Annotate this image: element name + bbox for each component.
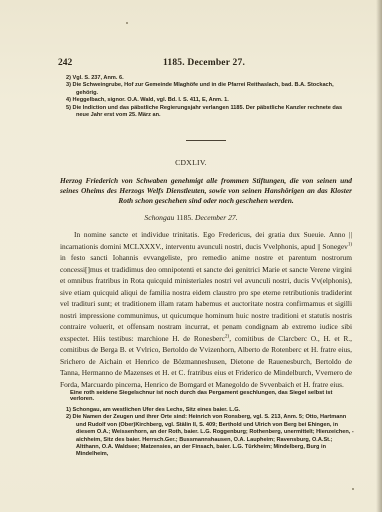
year: 1185. bbox=[176, 213, 193, 222]
footnote: 2) Vgl. S. 237, Anm. 6. bbox=[66, 75, 354, 82]
place: Schongau bbox=[144, 213, 174, 222]
charter-text: In nomine sancte et individue trinitatis… bbox=[60, 229, 352, 390]
footnotes-top: 2) Vgl. S. 237, Anm. 6. 3) Die Schweingr… bbox=[66, 75, 354, 119]
section-divider bbox=[186, 140, 226, 141]
footnote-ref-number: 1 bbox=[348, 242, 351, 247]
footnote-text: Die Schweingrube, Hof zur Gemeinde Mlagh… bbox=[73, 82, 334, 95]
date: December 27. bbox=[195, 213, 238, 222]
footnote-ref-number: 2 bbox=[225, 334, 228, 339]
footnote: 1) Schongau, am westlichen Ufer des Lech… bbox=[66, 407, 354, 414]
footnote-marker: 2) bbox=[66, 75, 71, 81]
page-header: 242 1185. December 27. bbox=[58, 58, 350, 70]
footnote-text: Heggelbach, signor. O.A. Wald, vgl. Bd. … bbox=[73, 97, 229, 103]
footnote-text: Die Indiction und das päbstliche Regieru… bbox=[73, 105, 343, 118]
footnote: 4) Heggelbach, signor. O.A. Wald, vgl. B… bbox=[66, 97, 354, 104]
seal-note: Eine roth seidene Siegelschnur ist noch … bbox=[70, 390, 352, 402]
scanned-page: 242 1185. December 27. 2) Vgl. S. 237, A… bbox=[0, 0, 382, 512]
footnote-text: Schongau, am westlichen Ufer des Lechs, … bbox=[73, 407, 241, 413]
footnote-text: Vgl. S. 237, Anm. 6. bbox=[73, 75, 124, 81]
footnote-marker: 3) bbox=[66, 82, 71, 88]
text-segment: In nomine sancte et individue trinitatis… bbox=[60, 230, 352, 251]
scan-speck bbox=[352, 488, 354, 490]
running-head: 1185. December 27. bbox=[58, 58, 350, 68]
footnote-text: Die Namen der Zeugen und ihrer Orte sind… bbox=[73, 414, 354, 457]
footnote-marker: 1) bbox=[66, 407, 71, 413]
footnotes-bottom: 1) Schongau, am westlichen Ufer des Lech… bbox=[66, 407, 354, 459]
footnote-ref: 1) bbox=[348, 242, 352, 247]
text-segment: in festo sancti Iohannis evvangeliste, p… bbox=[60, 253, 352, 343]
charter-paragraph: In nomine sancte et individue trinitatis… bbox=[60, 229, 352, 390]
footnote-marker: 5) bbox=[66, 105, 71, 111]
footnote: 5) Die Indiction und das päbstliche Regi… bbox=[66, 105, 354, 120]
footnote-marker: 4) bbox=[66, 97, 71, 103]
place-date: Schongau 1185. December 27. bbox=[0, 213, 382, 222]
footnote: 2) Die Namen der Zeugen und ihrer Orte s… bbox=[66, 414, 354, 458]
scan-speck bbox=[126, 22, 128, 24]
document-number: CDXLIV. bbox=[0, 158, 382, 167]
footnote: 3) Die Schweingrube, Hof zur Gemeinde Ml… bbox=[66, 82, 354, 97]
footnote-marker: 2) bbox=[66, 414, 71, 420]
page-edge-shadow bbox=[376, 0, 382, 512]
document-summary: Herzog Friederich von Schwaben genehmigt… bbox=[60, 176, 352, 206]
